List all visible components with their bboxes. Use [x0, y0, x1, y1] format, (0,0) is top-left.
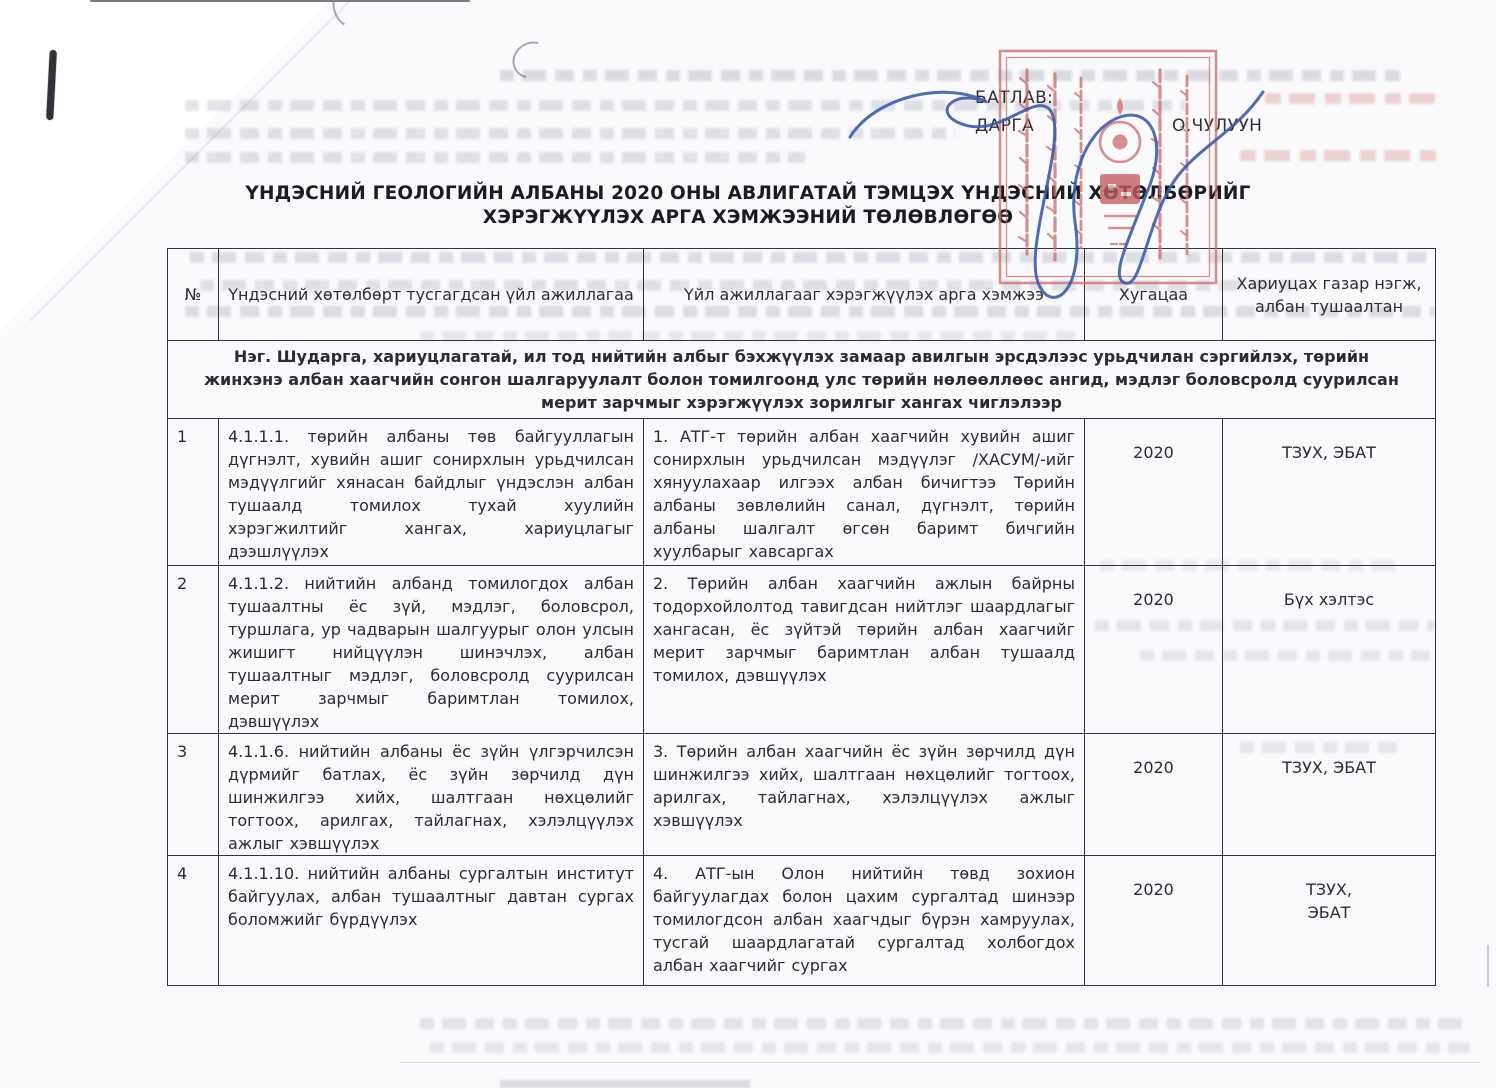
measure-cell: 2. Төрийн албан хаагчийн ажлын байрны то… — [644, 566, 1085, 734]
bleed-through-line — [430, 1042, 1470, 1053]
bleed-through-rule — [400, 1062, 1480, 1063]
activity-cell: 4.1.1.2. нийтийн албанд томилогдох албан… — [219, 566, 644, 734]
scan-edge-line — [90, 0, 470, 2]
scan-artifact-dash — [1487, 945, 1489, 987]
bleed-through-line — [185, 152, 805, 163]
period-cell: 2020 — [1085, 734, 1223, 856]
activity-cell: 4.1.1.1. төрийн албаны төв байгууллагын … — [219, 419, 644, 566]
table-row: 2 4.1.1.2. нийтийн албанд томилогдох алб… — [168, 566, 1436, 734]
section-row: Нэг. Шударга, хариуцлагатай, ил тод нийт… — [168, 341, 1436, 419]
measure-cell: 4. АТГ-ын Олон нийтийн төвд зохион байгу… — [644, 856, 1085, 986]
responsible-cell: ТЗУХ, ЭБАТ — [1223, 419, 1436, 566]
measure-cell: 1. АТГ-т төрийн албан хаагчийн хувийн аш… — [644, 419, 1085, 566]
activity-cell: 4.1.1.6. нийтийн албаны ёс зүйн үлгэрчил… — [219, 734, 644, 856]
scan-artifact-bar — [500, 1080, 750, 1088]
col-header-no: № — [168, 249, 219, 341]
row-number: 2 — [168, 566, 219, 734]
responsible-cell: Бүх хэлтэс — [1223, 566, 1436, 734]
measure-cell: 3. Төрийн албан хаагчийн ёс зүйн зөрчилд… — [644, 734, 1085, 856]
table-row: 1 4.1.1.1. төрийн албаны төв байгууллагы… — [168, 419, 1436, 566]
row-number: 3 — [168, 734, 219, 856]
table-row: 3 4.1.1.6. нийтийн албаны ёс зүйн үлгэрч… — [168, 734, 1436, 856]
responsible-cell: ТЗУХ, ЭБАТ — [1223, 856, 1436, 986]
activity-cell: 4.1.1.10. нийтийн албаны сургалтын инсти… — [219, 856, 644, 986]
plan-table: № Үндэсний хөтөлбөрт тусгагдсан үйл ажил… — [167, 248, 1436, 986]
period-cell: 2020 — [1085, 419, 1223, 566]
bleed-through-line — [420, 1018, 1470, 1029]
table-row: 4 4.1.1.10. нийтийн албаны сургалтын инс… — [168, 856, 1436, 986]
period-cell: 2020 — [1085, 566, 1223, 734]
row-number: 1 — [168, 419, 219, 566]
responsible-cell: ТЗУХ, ЭБАТ — [1223, 734, 1436, 856]
section-heading: Нэг. Шударга, хариуцлагатай, ил тод нийт… — [168, 341, 1436, 419]
period-cell: 2020 — [1085, 856, 1223, 986]
signature — [835, 52, 1275, 307]
col-header-activity: Үндэсний хөтөлбөрт тусгагдсан үйл ажилла… — [219, 249, 644, 341]
row-number: 4 — [168, 856, 219, 986]
scanned-document-page: БАТЛАВ: ДАРГА О.ЧУЛУУН ҮНДЭСНИЙ ГЕОЛОГИЙ… — [0, 0, 1496, 1088]
